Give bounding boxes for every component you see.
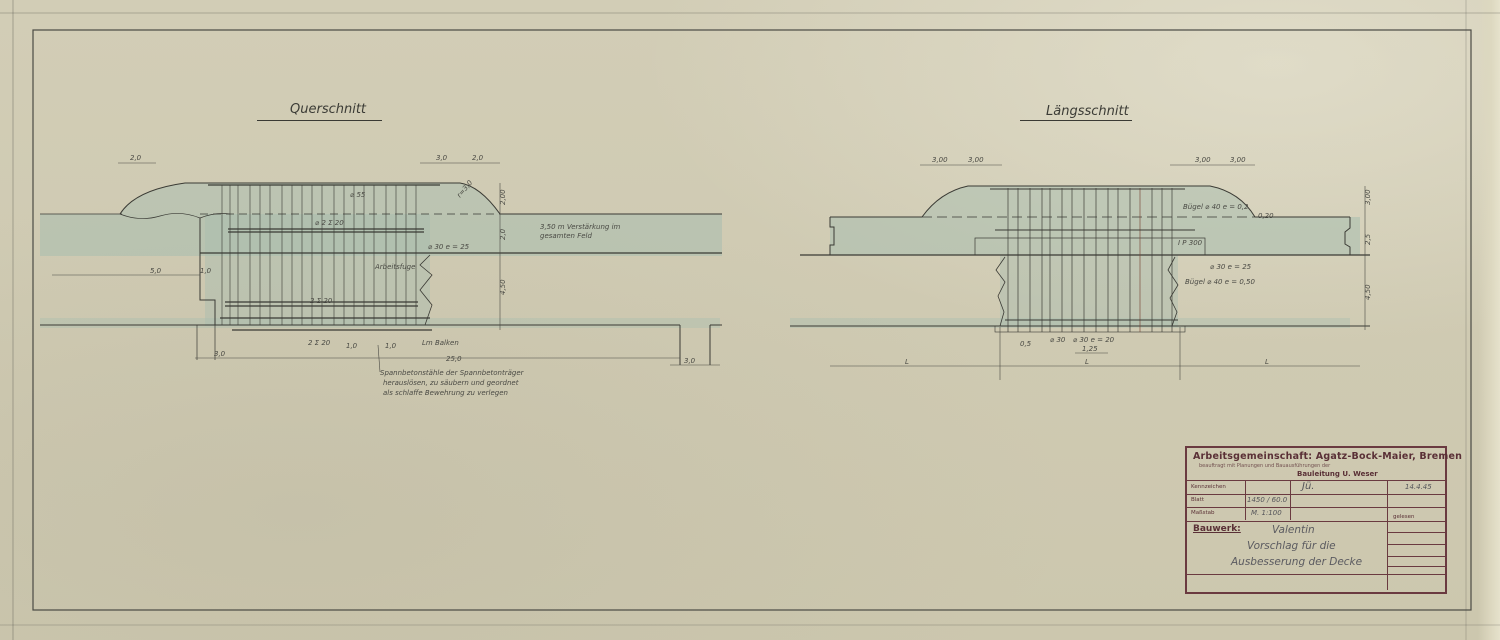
dim-long-vertical-bottom: 4,50 <box>1364 284 1372 300</box>
dim-span-mid: L <box>1085 358 1089 366</box>
dim-left-small: 1,0 <box>200 267 212 275</box>
note-steel-3: als schlaffe Bewehrung zu verlegen <box>383 389 508 397</box>
dim-bottom-left: 3,0 <box>214 350 226 358</box>
grid-line <box>1387 566 1445 567</box>
dim-long-top-right-a: 3,00 <box>1195 156 1211 164</box>
note-reinforcement-1: 3,50 m Verstärkung im <box>540 223 621 231</box>
dim-top-left: 2,0 <box>130 154 142 162</box>
view-title-underline <box>1020 120 1132 121</box>
label-joint: Arbeitsfuge <box>374 263 415 271</box>
label-blatt: Blatt <box>1191 497 1204 503</box>
firm-subtitle-2: Bauleitung U. Weser <box>1297 470 1378 478</box>
label-rebar-bottom: 2 Σ 20 <box>308 339 331 347</box>
dim-long-top-left-b: 3,00 <box>968 156 984 164</box>
dim-span-left: L <box>905 358 909 366</box>
note-reinforcement-2: gesamten Feld <box>540 232 592 240</box>
row-blatt: Blatt 1450 / 60.0 <box>1187 494 1445 508</box>
dim-left-span: 5,0 <box>150 267 162 275</box>
dim-bottom-small-a: 1,0 <box>346 342 358 350</box>
label-long-rebar-spacing: ⌀ 30 e = 25 <box>1210 263 1252 271</box>
grid-divider <box>1387 520 1388 590</box>
dim-long-bottom-half: 0,5 <box>1020 340 1032 348</box>
label-rebar-top: ⌀ 55 <box>350 191 366 199</box>
grid-divider <box>1290 480 1291 520</box>
scale: M. 1:100 <box>1251 509 1282 517</box>
dim-top-right-a: 3,0 <box>436 154 448 162</box>
bauwerk-line-2: Vorschlag für die <box>1247 540 1336 552</box>
dim-bottom-small-b: 1,0 <box>385 342 397 350</box>
title-block: Arbeitsgemeinschaft: Agatz-Bock-Maier, B… <box>1185 446 1447 594</box>
dim-long-vertical-mid: 2,5 <box>1364 233 1372 245</box>
sheet-number: 1450 / 60.0 <box>1247 496 1287 504</box>
bauwerk-line-3: Ausbesserung der Decke <box>1231 556 1362 568</box>
label-stirrup-bottom: Bügel ⌀ 40 e = 0,50 <box>1185 278 1255 286</box>
label-stirrup-top: Bügel ⌀ 40 e = 0,2 <box>1183 203 1249 211</box>
label-beam-profile: I P 300 <box>1178 239 1203 247</box>
view-title-querschnitt: Querschnitt <box>290 102 366 117</box>
firm-name: Arbeitsgemeinschaft: Agatz-Bock-Maier, B… <box>1193 451 1462 462</box>
note-steel-1: Spannbetonstähle der Spannbetonträger <box>380 369 525 377</box>
label-kennzeichen: Kennzeichen <box>1191 484 1226 490</box>
firm-subtitle: beauftragt mit Planungen und Bauausführu… <box>1199 463 1330 469</box>
view-title-underline <box>257 120 382 121</box>
label-beam: Lm Balken <box>422 339 459 347</box>
dim-bottom-main: 25,0 <box>446 355 462 363</box>
longitudinal-section-view: 3,00 3,00 3,00 3,00 3,00 2,5 4,50 L L L … <box>790 156 1372 380</box>
view-title-laengsschnitt: Längsschnitt <box>1046 104 1129 119</box>
dim-vertical-top: 2,00 <box>499 189 507 205</box>
label-rebar-spacing: ⌀ 30 e = 25 <box>428 243 470 251</box>
bauwerk-line-1: Valentin <box>1272 524 1315 536</box>
grid-line <box>1187 574 1445 575</box>
dim-top-right-b: 2,0 <box>472 154 484 162</box>
bauwerk-label: Bauwerk: <box>1193 524 1241 534</box>
dim-long-top-left-a: 3,00 <box>932 156 948 164</box>
label-massstab: Maßstab <box>1191 510 1214 516</box>
dim-vertical-bottom: 4,50 <box>499 279 507 295</box>
label-long-rebar-b: ⌀ 30 e = 20 <box>1073 336 1115 344</box>
grid-line <box>1387 556 1445 557</box>
grid-divider <box>1245 480 1246 520</box>
row-kennzeichen: Kennzeichen Jü. 14.4.45 <box>1187 481 1445 495</box>
date: 14.4.45 <box>1405 483 1432 491</box>
grid-line <box>1387 544 1445 545</box>
dim-long-bottom-small: 1,25 <box>1082 345 1098 353</box>
dim-bottom-right: 3,0 <box>684 357 696 365</box>
grid-divider <box>1387 480 1388 520</box>
label-rebar-mid: ⌀ 2 Σ 20 <box>315 219 344 227</box>
label-rebar-lower: 2 Σ 20 <box>310 297 333 305</box>
dim-span-right: L <box>1265 358 1269 366</box>
dim-long-top-right-b: 3,00 <box>1230 156 1246 164</box>
note-steel-2: herauslösen, zu säubern und geordnet <box>383 379 519 387</box>
signature: Jü. <box>1302 481 1314 492</box>
gelesen-label: gelesen <box>1393 514 1415 520</box>
label-long-rebar-a: ⌀ 30 <box>1050 336 1066 344</box>
dim-long-corner: 0,20 <box>1258 212 1274 220</box>
grid-line <box>1387 532 1445 533</box>
dim-long-vertical-top: 3,00 <box>1364 189 1372 205</box>
dim-vertical-mid: 2,0 <box>499 228 507 240</box>
cross-section-view: 2,0 3,0 2,0 2,00 2,0 4,50 5,0 1,0 3,0 25… <box>40 154 722 397</box>
